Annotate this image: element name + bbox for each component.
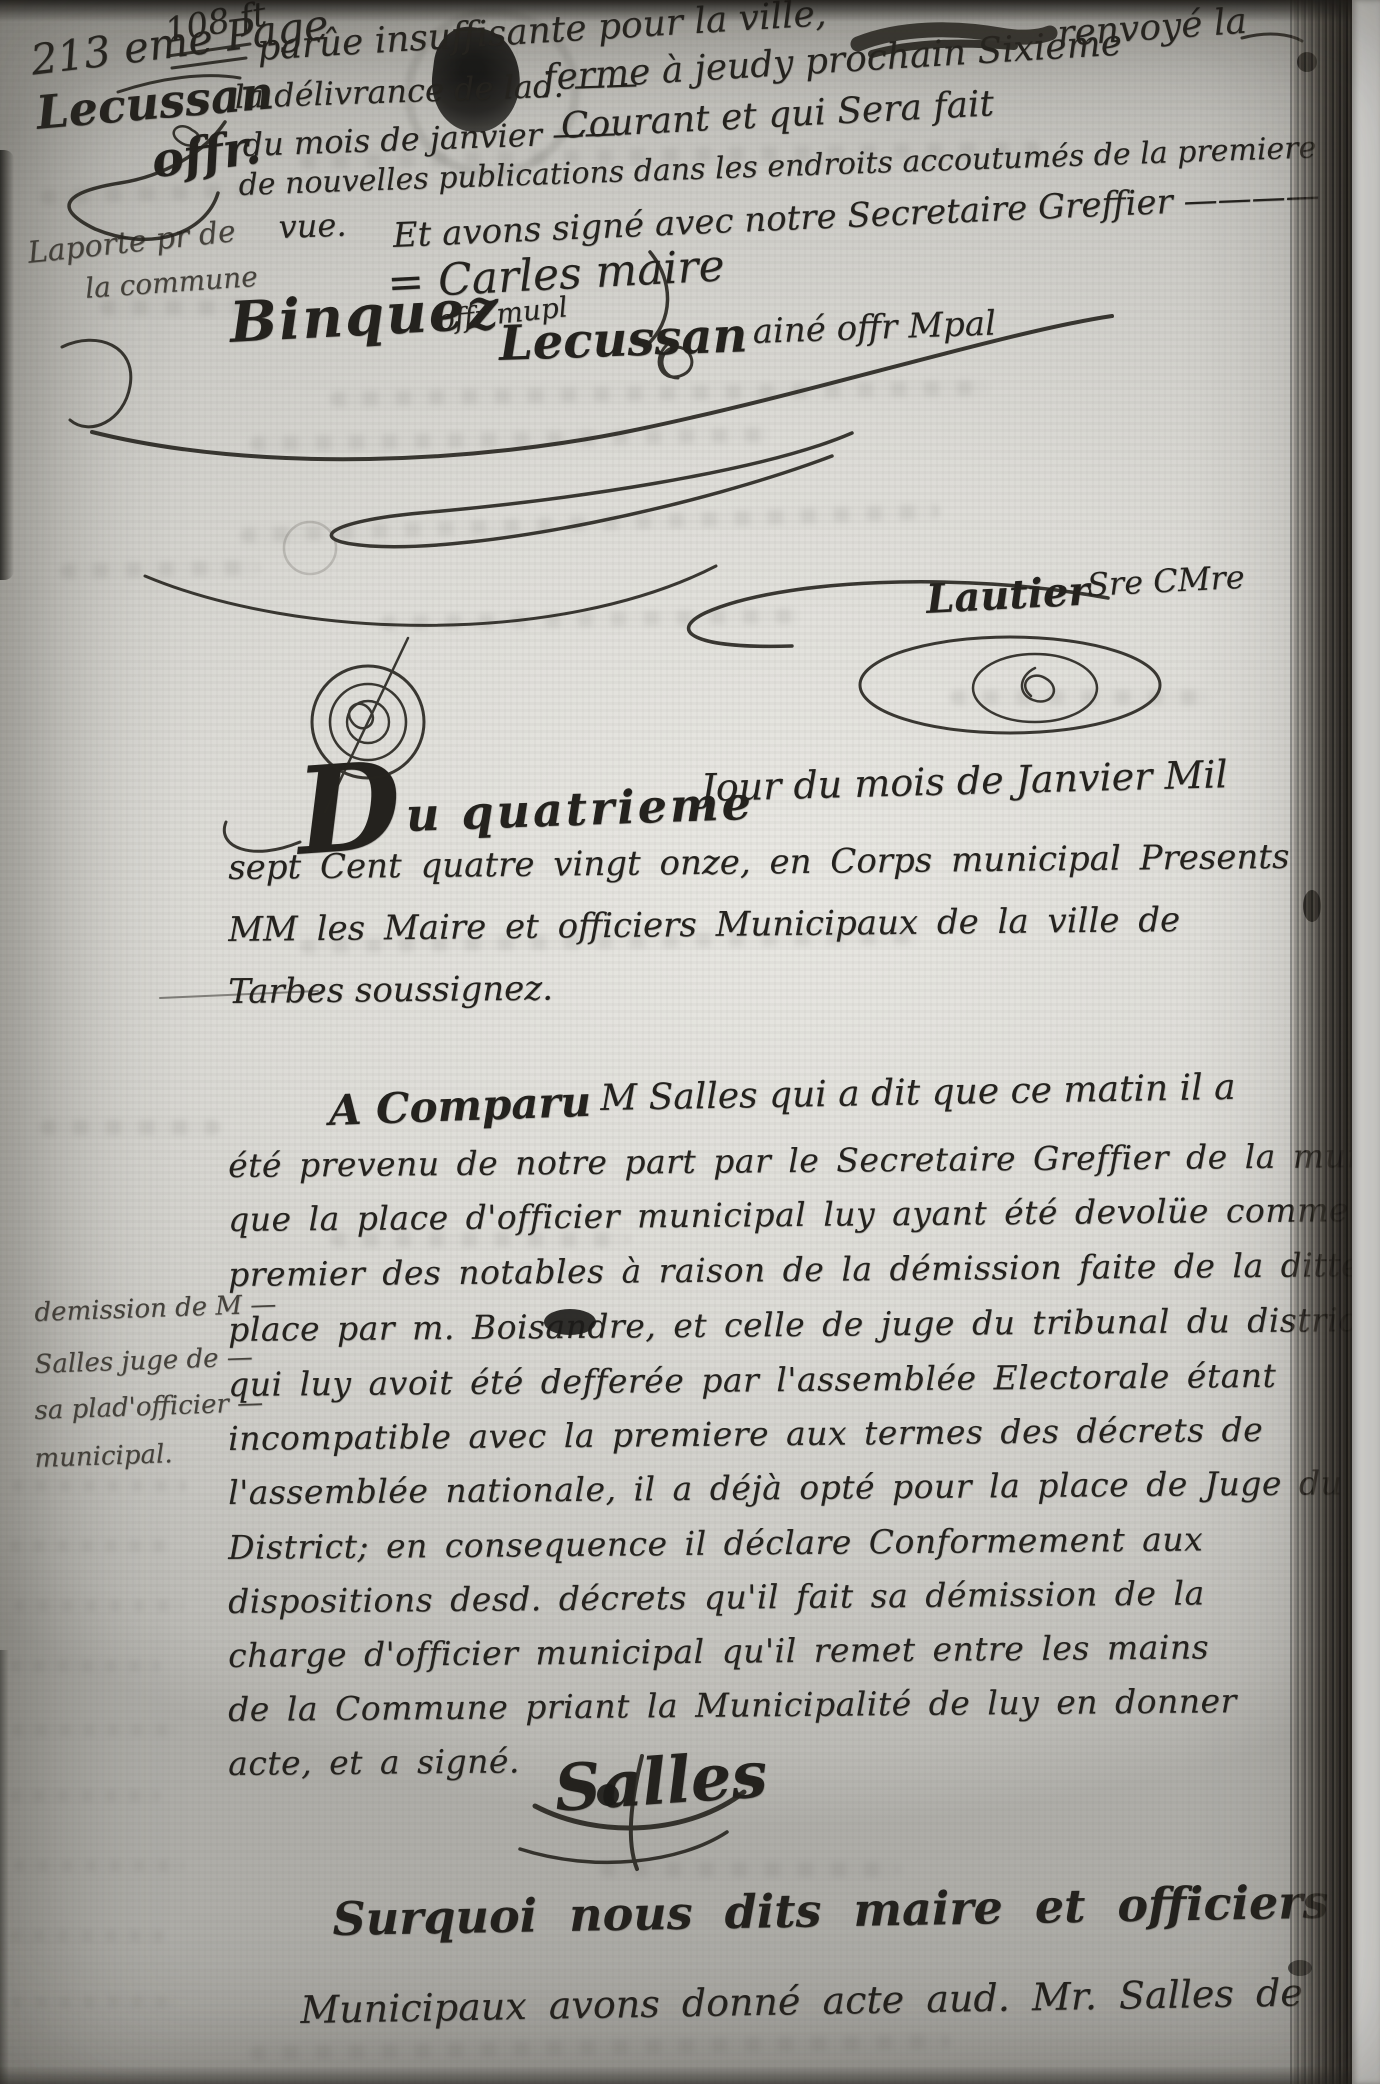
bleed-through-margin	[12, 1996, 177, 2008]
bleed-through-line	[240, 504, 940, 543]
bleed-through-margin	[10, 1660, 160, 1672]
entry-line: District; en consequence il déclare Conf…	[228, 1519, 1203, 1567]
signature-lautier: Lautier	[925, 567, 1091, 622]
comparu-lead: A Comparu	[328, 1077, 592, 1135]
entry-line: MM les Maire et officiers Municipaux de …	[228, 900, 1180, 950]
entry-line: premier des notables à raison de la démi…	[228, 1245, 1361, 1294]
entry-line: dispositions desd. décrets qu'il fait sa…	[228, 1573, 1205, 1621]
top-shadow-edge	[0, 0, 1352, 22]
bleed-through-margin	[10, 1540, 170, 1552]
bleed-through-margin	[14, 1600, 184, 1612]
entry-line: été prevenu de notre part par le Secreta…	[228, 1135, 1380, 1185]
closing-line: Surquoi nous dits maire et officiers ——	[332, 1872, 1380, 1946]
page-edge	[1352, 0, 1380, 2084]
bleed-through-line	[950, 690, 1210, 705]
bleed-through-line	[380, 608, 800, 630]
bleed-through-margin	[10, 1790, 160, 1802]
left-shadow-edge-lower	[0, 1650, 9, 2084]
closing-line: Municipaux avons donné acte aud. Mr. Sal…	[300, 1971, 1303, 2032]
signature-lecussan-title: ainé offr Mpal	[752, 304, 997, 352]
left-shadow-edge	[0, 150, 14, 580]
entry-line: incompatible avec la premiere aux termes…	[228, 1410, 1263, 1458]
bleed-through-line	[330, 380, 990, 407]
signature-lecussan-aine: Lecussan	[498, 307, 748, 372]
bottom-shadow-edge	[0, 2066, 1352, 2084]
bleed-through-margin	[14, 1860, 184, 1872]
bleed-through-line	[40, 1120, 220, 1135]
signature-lautier-title: Sre CMre	[1086, 558, 1246, 604]
bleed-through-line	[600, 1862, 900, 1877]
bleed-through-line	[60, 560, 260, 578]
entry-line: que la place d'officier municipal luy ay…	[228, 1189, 1380, 1239]
previous-entry-line: vue.	[278, 206, 347, 246]
binding-gutter	[1290, 0, 1352, 2084]
bleed-through-margin	[12, 1724, 177, 1736]
bleed-through-margin	[10, 1930, 165, 1942]
bleed-through-line	[250, 2034, 950, 2061]
entry-line: charge d'officier municipal qu'il remet …	[228, 1627, 1209, 1675]
entry-line: de la Commune priant la Municipalité de …	[228, 1681, 1237, 1729]
manuscript-page: 108 ft 213 eme Page Lecussan offr. parûe…	[0, 0, 1380, 2084]
bleed-through-margin	[12, 1480, 187, 1492]
signature-salles: Salles	[552, 1737, 770, 1827]
margin-abstract-line: municipal.	[34, 1439, 173, 1474]
entry-line: qui luy avoit été defferée par l'assembl…	[228, 1356, 1276, 1404]
comparu-intro: M Salles qui a dit que ce matin il a	[600, 1067, 1236, 1119]
bleed-through-line	[250, 427, 770, 451]
entry-line: place par m. Boisandre, et celle de juge…	[228, 1300, 1371, 1349]
entry-line: l'assemblée nationale, il a déjà opté po…	[228, 1463, 1342, 1512]
margin-abstract-line: Salles juge de —	[34, 1342, 253, 1380]
entry-line: acte, et a signé.	[228, 1741, 520, 1783]
entry-opening-rest: Jour du mois de Janvier Mil	[700, 752, 1228, 810]
margin-note-laporte: Laporte pr de	[26, 214, 237, 271]
entry-line: Tarbes soussignez.	[228, 969, 553, 1012]
